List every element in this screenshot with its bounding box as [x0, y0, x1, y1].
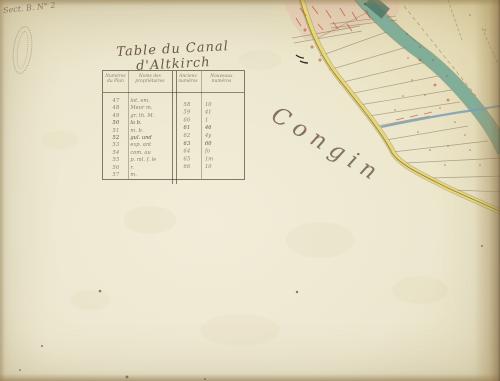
- paper-edge-right: [474, 0, 500, 381]
- table-row: 54com. au: [104, 149, 172, 156]
- table-row: 5810: [175, 101, 243, 109]
- table-row: 624y: [175, 132, 243, 140]
- table-row: 56r.: [104, 164, 172, 171]
- table-row: 6146: [175, 124, 243, 132]
- table-row: 49gr. th. M.: [104, 112, 172, 119]
- table-row: 6360: [175, 140, 243, 148]
- table-row: 53exp. ant: [104, 142, 172, 149]
- table-row: 64fo: [175, 148, 243, 156]
- scanned-cadastral-map: Sect. B. N° 2 Table du Canal d'Altkirch …: [0, 0, 500, 381]
- paper-edge-bottom: [0, 374, 500, 381]
- table-row: 48Meur m.: [104, 104, 172, 111]
- bird-mark-icon: [296, 55, 308, 63]
- table-row: 55p. ml. f. le: [104, 157, 172, 164]
- table-row: 651m: [175, 156, 243, 164]
- paper-edge-left: [0, 0, 5, 381]
- table-row: 52gul. und: [104, 134, 172, 141]
- table-left-rows: 47lot. em. 48Meur m. 49gr. th. M. 50la b…: [104, 97, 172, 233]
- table-row: 47lot. em.: [104, 97, 172, 104]
- concordance-table: Numéros du Plan Noms des propriétaires A…: [102, 70, 245, 180]
- table-row: 51m. b.: [104, 127, 172, 134]
- table-row: 57m.: [104, 171, 172, 178]
- map-drawing: [0, 0, 500, 381]
- header-right-col2: Nouveaux numéros: [201, 73, 242, 91]
- header-right-col1: Anciens numéros: [175, 73, 201, 91]
- table-row: 601: [175, 117, 243, 125]
- header-left-col2: Noms des propriétaires: [128, 73, 172, 91]
- table-row: 50la b.: [104, 119, 172, 126]
- laurel-sketch-inner: [15, 30, 31, 69]
- paper-edge-top: [0, 0, 500, 6]
- table-right-rows: 5810 5941 601 6146 624y 6360 64fo 651m 6…: [175, 101, 243, 218]
- table-row: 5941: [175, 109, 243, 117]
- table-row: 6610: [175, 163, 243, 171]
- header-left-col1: Numéros du Plan: [103, 73, 128, 91]
